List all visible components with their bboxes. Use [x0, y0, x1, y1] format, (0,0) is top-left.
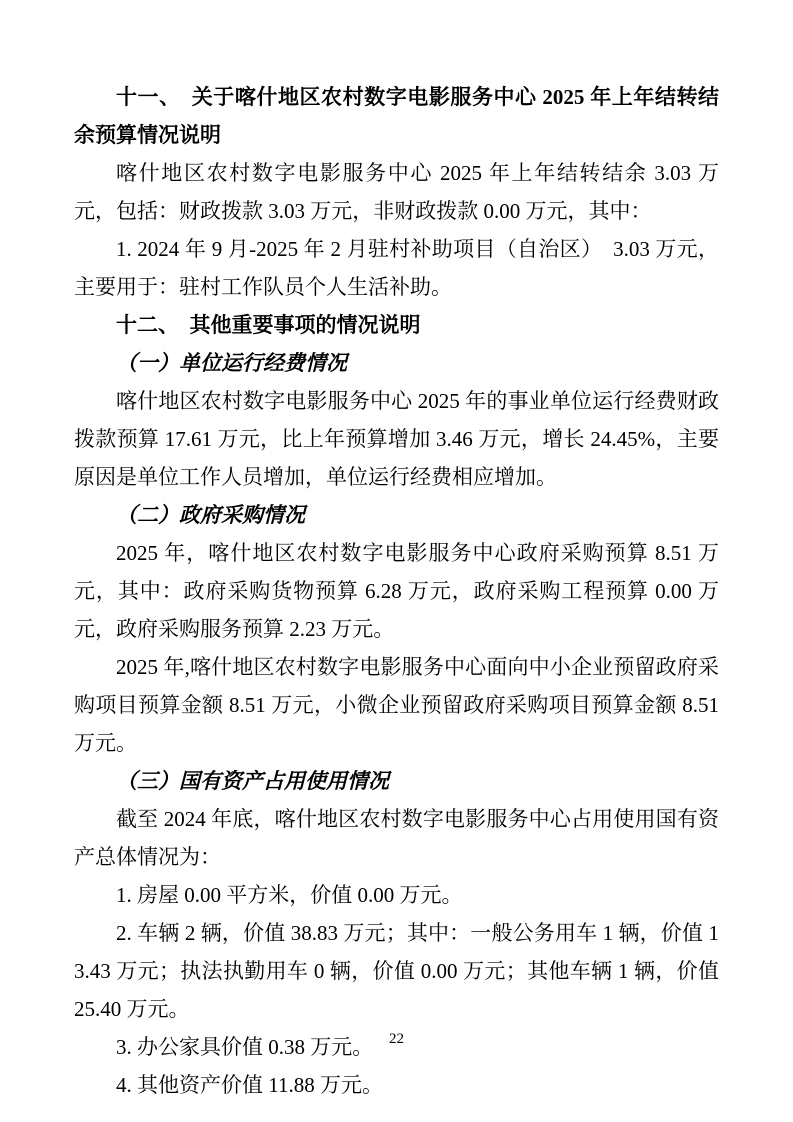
para-procurement-budget: 2025 年，喀什地区农村数字电影服务中心政府采购预算 8.51 万元，其中：政…	[74, 534, 719, 648]
para-carryover-summary: 喀什地区农村数字电影服务中心 2025 年上年结转结余 3.03 万元，包括：财…	[74, 154, 719, 230]
para-asset-vehicles: 2. 车辆 2 辆，价值 38.83 万元；其中：一般公务用车 1 辆，价值 1…	[74, 914, 719, 1028]
para-asset-other: 4. 其他资产价值 11.88 万元。	[74, 1066, 719, 1104]
para-assets-intro: 截至 2024 年底，喀什地区农村数字电影服务中心占用使用国有资产总体情况为：	[74, 800, 719, 876]
page-number: 22	[0, 1030, 793, 1048]
subsection-heading-3: （三）国有资产占用使用情况	[74, 762, 719, 800]
section-heading-11: 十一、 关于喀什地区农村数字电影服务中心 2025 年上年结转结余预算情况说明	[74, 78, 719, 154]
section-heading-12: 十二、 其他重要事项的情况说明	[74, 306, 719, 344]
para-asset-housing: 1. 房屋 0.00 平方米，价值 0.00 万元。	[74, 876, 719, 914]
document-page: 十一、 关于喀什地区农村数字电影服务中心 2025 年上年结转结余预算情况说明 …	[0, 0, 793, 1122]
para-operating-expenses: 喀什地区农村数字电影服务中心 2025 年的事业单位运行经费财政拨款预算 17.…	[74, 382, 719, 496]
subsection-heading-1: （一）单位运行经费情况	[74, 344, 719, 382]
para-procurement-sme: 2025 年,喀什地区农村数字电影服务中心面向中小企业预留政府采购项目预算金额 …	[74, 648, 719, 762]
subsection-heading-2: （二）政府采购情况	[74, 496, 719, 534]
document-body: 十一、 关于喀什地区农村数字电影服务中心 2025 年上年结转结余预算情况说明 …	[74, 78, 719, 1104]
para-carryover-item-1: 1. 2024 年 9 月-2025 年 2 月驻村补助项目（自治区） 3.03…	[74, 230, 719, 306]
